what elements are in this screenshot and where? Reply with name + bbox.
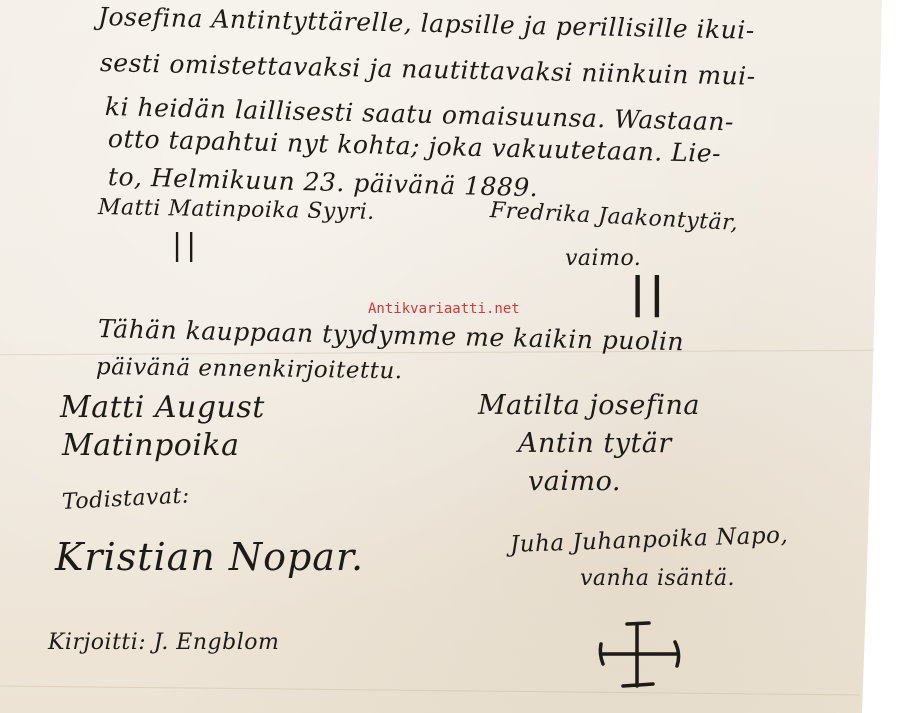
body-line-2: sesti omistettavaksi ja nautittavaksi ni… [100,48,756,91]
seller-right-name: Fredrika Jaakontytär, [489,198,738,236]
buyer-right-line-2: Antin tytär [518,428,672,459]
writer-signature: Kirjoitti: J. Engblom [48,630,279,655]
seller-left-name: Matti Matinpoika Syyri. [98,195,375,225]
watermark: Antikvariaatti.net [368,301,520,317]
witness-1-signature: Kristian Nopar. [55,535,364,579]
agreement-line-1: Tähän kauppaan tyydymme me kaikin puolin [98,314,685,356]
cross-mark-icon [597,620,681,690]
buyer-right-line-1: Matilta josefina [478,390,700,421]
witnesses-label: Todistavat: [61,483,190,515]
agreement-line-2: päivänä ennenkirjoitettu. [96,354,403,384]
witness-2-line-1: Juha Juhanpoika Napo, [510,522,789,558]
buyer-right-line-3: vaimo. [528,466,621,497]
buyer-left-line-1: Matti August [60,390,265,425]
paper-crease [0,685,860,695]
seller-left-mark: || [172,228,200,263]
body-line-1: Josefina Antintyttärelle, lapsille ja pe… [98,2,755,45]
document-paper: Josefina Antintyttärelle, lapsille ja pe… [0,0,900,713]
buyer-left-line-2: Matinpoika [62,428,240,463]
seller-right-mark: || [630,268,669,317]
witness-2-line-2: vanha isäntä. [580,566,735,591]
